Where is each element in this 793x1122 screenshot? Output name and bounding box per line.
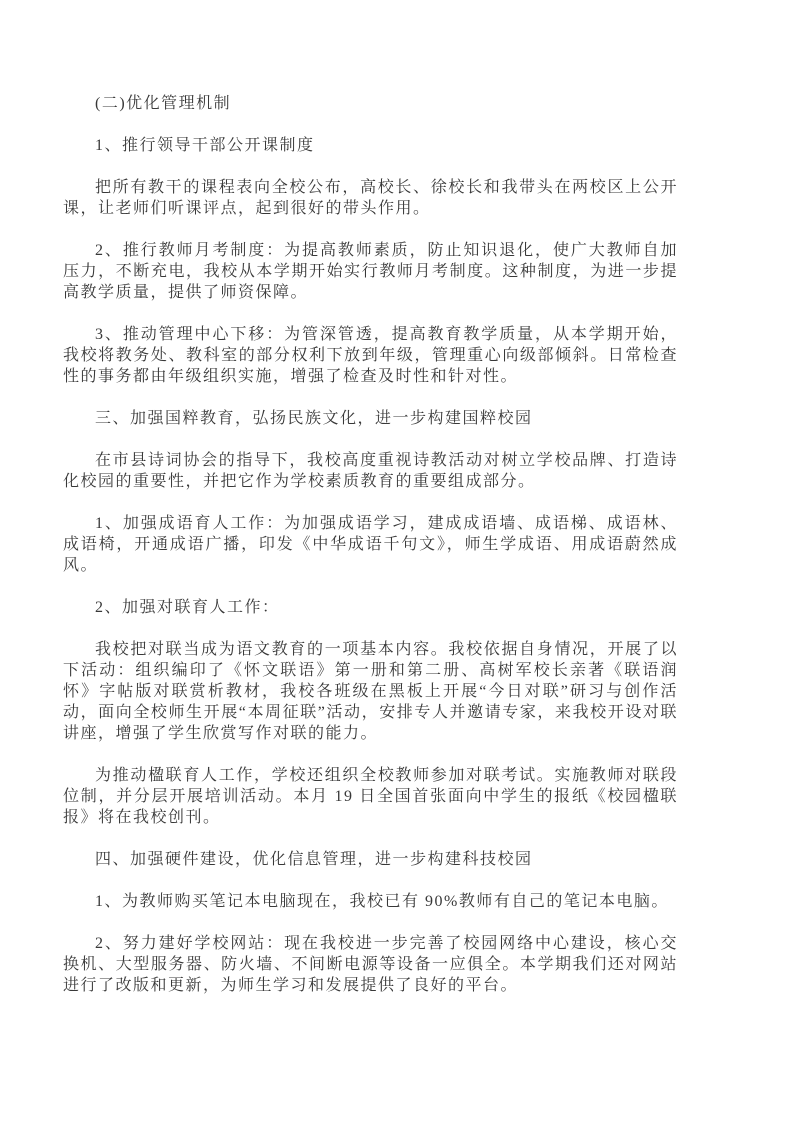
body-paragraph: 1、加强成语育人工作：为加强成语学习，建成成语墙、成语梯、成语林、成语椅，开通成… [63, 513, 678, 576]
body-paragraph: 3、推动管理中心下移：为管深管透，提高教育教学质量，从本学期开始，我校将教务处、… [63, 324, 678, 387]
body-paragraph: 我校把对联当成为语文教育的一项基本内容。我校依据自身情况，开展了以下活动：组织编… [63, 639, 678, 744]
document-page: (二)优化管理机制 1、推行领导干部公开课制度 把所有教干的课程表向全校公布，高… [0, 0, 793, 1122]
body-paragraph: 1、为教师购买笔记本电脑现在，我校已有 90%教师有自己的笔记本电脑。 [63, 891, 678, 912]
section-heading: 四、加强硬件建设，优化信息管理，进一步构建科技校园 [63, 849, 678, 870]
numbered-item-heading: 2、加强对联育人工作： [63, 597, 678, 618]
section-heading: 三、加强国粹教育，弘扬民族文化，进一步构建国粹校园 [63, 408, 678, 429]
body-paragraph: 2、努力建好学校网站：现在我校进一步完善了校园网络中心建设，核心交换机、大型服务… [63, 933, 678, 996]
numbered-item-heading: 1、推行领导干部公开课制度 [63, 135, 678, 156]
sub-section-heading: (二)优化管理机制 [63, 93, 678, 114]
body-paragraph: 在市县诗词协会的指导下，我校高度重视诗教活动对树立学校品牌、打造诗化校园的重要性… [63, 450, 678, 492]
body-paragraph: 2、推行教师月考制度：为提高教师素质，防止知识退化，使广大教师自加压力，不断充电… [63, 240, 678, 303]
document-body: (二)优化管理机制 1、推行领导干部公开课制度 把所有教干的课程表向全校公布，高… [63, 93, 678, 1017]
body-paragraph: 把所有教干的课程表向全校公布，高校长、徐校长和我带头在两校区上公开课，让老师们听… [63, 177, 678, 219]
body-paragraph: 为推动楹联育人工作，学校还组织全校教师参加对联考试。实施教师对联段位制，并分层开… [63, 765, 678, 828]
